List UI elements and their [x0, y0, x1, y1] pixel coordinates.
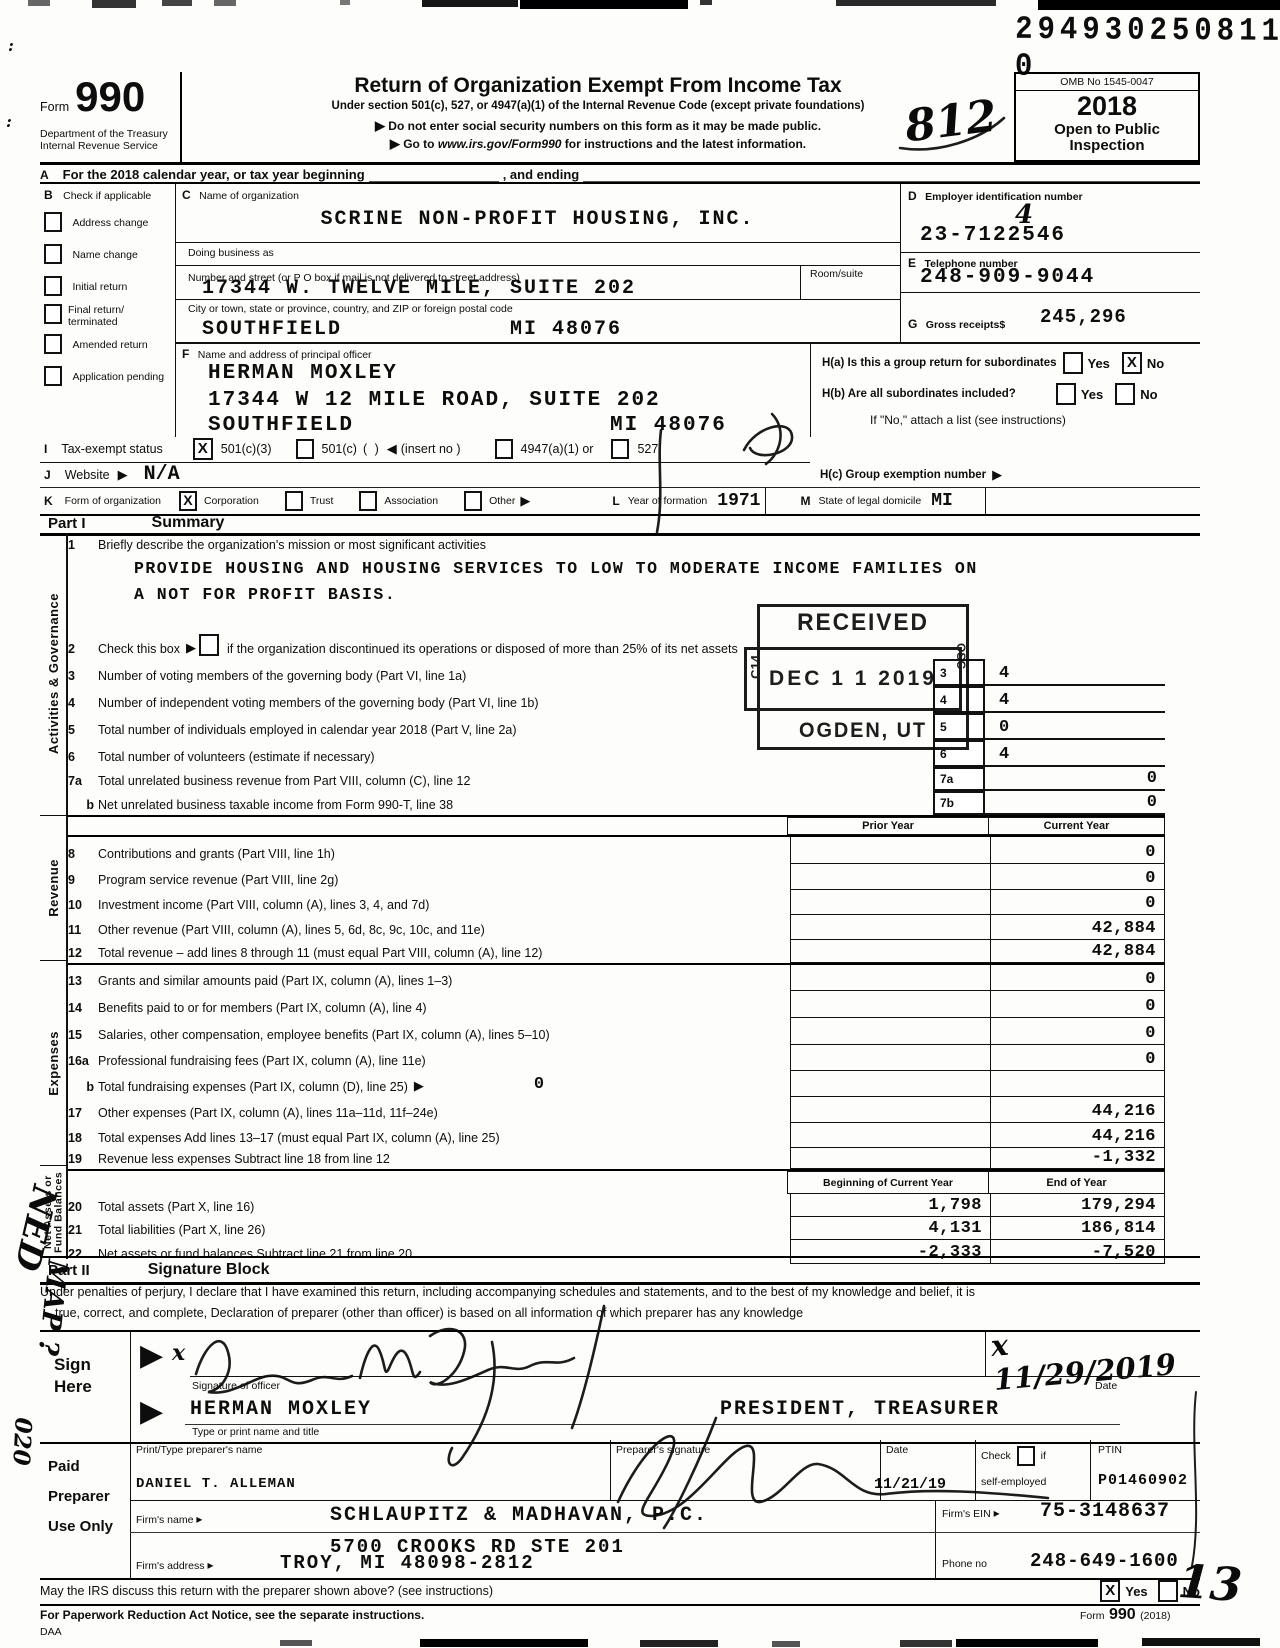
org-corporation-checkbox[interactable]: X	[179, 491, 197, 511]
hb-note: If "No," attach a list (see instructions…	[870, 413, 1200, 427]
checkbox-label: Application pending	[72, 371, 164, 383]
org-name-label: C Name of organization	[182, 186, 299, 204]
part1-sidebar: Activities & Governance Revenue Expenses…	[40, 533, 68, 1256]
current-year-header: Current Year	[988, 817, 1165, 835]
line-2-label-a: Check this box	[98, 642, 180, 656]
line-a-text: For the 2018 calendar year, or tax year …	[63, 167, 365, 182]
status-501c3-label: 501(c)(3)	[221, 442, 272, 456]
irs-discuss-row: May the IRS discuss this return with the…	[40, 1578, 1200, 1606]
line-7a-box: 7a	[933, 767, 985, 791]
line-2-label-b: if the organization discontinued its ope…	[227, 642, 738, 656]
irs-url: www.irs.gov/Form990	[438, 137, 562, 151]
line-8-number: 8	[68, 847, 98, 861]
paid-preparer-label: PaidPreparerUse Only	[48, 1452, 113, 1542]
line-11-label: Other revenue (Part VIII, column (A), li…	[98, 923, 485, 937]
m-letter: M	[800, 494, 810, 508]
b-letter: B	[44, 188, 53, 202]
discontinued-checkbox[interactable]	[199, 634, 219, 656]
firm-phone-value: 248-649-1600	[1030, 1550, 1179, 1572]
line-9-label: Program service revenue (Part VIII, line…	[98, 873, 338, 887]
stamp-c14: C14	[748, 655, 763, 679]
part1-summary: 1 Briefly describe the organization's mi…	[68, 533, 1165, 1264]
line-5-value: 0	[985, 718, 1165, 740]
line-7a-number: 7a	[68, 774, 98, 788]
arrow-right-icon: ▶	[140, 1338, 163, 1373]
checkbox-label: Final return/ terminated	[68, 304, 154, 328]
handwritten-sign-date: x 11/29/2019	[989, 1311, 1202, 1397]
org-corporation-label: Corporation	[204, 495, 259, 507]
status-501c-checkbox[interactable]	[296, 439, 314, 459]
sidebar-activities-governance: Activities & Governance	[47, 593, 60, 754]
status-527-checkbox[interactable]	[611, 439, 629, 459]
omb-block: OMB No 1545-0047 2018 Open to PublicInsp…	[1014, 72, 1200, 162]
checkbox-label: Amended return	[72, 339, 147, 351]
website-value: N/A	[144, 463, 180, 486]
hb-yes-checkbox[interactable]	[1056, 383, 1076, 405]
address-change-checkbox[interactable]	[44, 212, 62, 232]
officer-name: HERMAN MOXLEY	[208, 362, 398, 385]
line-19-number: 19	[68, 1152, 98, 1166]
org-other-checkbox[interactable]	[464, 491, 482, 511]
line-18-number: 18	[68, 1131, 98, 1145]
arrow-right-icon: ▶	[375, 118, 385, 133]
ein-label: D Employer identification number	[908, 187, 1083, 205]
line-7b-number: b	[68, 798, 98, 812]
checkbox-label: Initial return	[72, 281, 127, 293]
preparer-date-label: Date	[886, 1444, 908, 1456]
domicile-label: State of legal domicile	[818, 495, 921, 507]
discuss-yes-checkbox[interactable]: X	[1100, 1580, 1120, 1602]
line-16b-inline-value: 0	[534, 1075, 545, 1094]
arrow-right-icon: ▶	[186, 640, 196, 656]
line-21-label: Total liabilities (Part X, line 26)	[98, 1223, 265, 1237]
line-13-label: Grants and similar amounts paid (Part IX…	[98, 974, 452, 988]
firm-name-label: Firm's name ▸	[136, 1512, 202, 1526]
org-trust-checkbox[interactable]	[285, 491, 303, 511]
arrow-left-icon: ◀	[387, 441, 397, 457]
tax-year: 2018	[1016, 91, 1198, 122]
line-6-value: 4	[985, 745, 1165, 767]
org-other-label: Other	[489, 495, 515, 507]
amended-return-checkbox[interactable]	[44, 334, 62, 354]
line-6-number: 6	[68, 750, 98, 764]
line-12-number: 12	[68, 946, 98, 960]
checkbox-final-return[interactable]: Final return/ terminated	[44, 304, 172, 328]
form-subtitle: Under section 501(c), 527, or 4947(a)(1)…	[188, 100, 1008, 112]
insert-no-label: (insert no )	[401, 442, 461, 456]
initial-return-checkbox[interactable]	[44, 276, 62, 296]
end-year-header: End of Year	[988, 1171, 1165, 1194]
line-13-number: 13	[68, 974, 98, 988]
scan-mark: :	[6, 112, 12, 131]
sidebar-expenses: Expenses	[47, 1031, 60, 1096]
line-18-label: Total expenses Add lines 13–17 (must equ…	[98, 1131, 500, 1145]
final-return-checkbox[interactable]	[44, 304, 62, 324]
identification-block: B Check if applicable Address change Nam…	[40, 182, 1200, 437]
form-990-scanned-page: 2949302508112 0 : : Form 990 Department …	[0, 0, 1280, 1648]
line-14-label: Benefits paid to or for members (Part IX…	[98, 1001, 427, 1015]
beginning-year-header: Beginning of Current Year	[787, 1171, 988, 1194]
checkif-label: Check if applicable	[63, 190, 151, 202]
line-9-number: 9	[68, 873, 98, 887]
checkbox-initial-return[interactable]: Initial return	[44, 276, 172, 296]
phone-value: 248-909-9044	[920, 266, 1095, 289]
k-letter: K	[44, 494, 53, 508]
line-12-label: Total revenue – add lines 8 through 11 (…	[98, 946, 542, 960]
line-2-number: 2	[68, 642, 98, 656]
officer-typed-title: PRESIDENT, TREASURER	[720, 1398, 1000, 1421]
line-11-current: 42,884	[1092, 919, 1156, 938]
firm-ein-value: 75-3148637	[1040, 1500, 1170, 1523]
officer-label: F Name and address of principal officer	[182, 345, 372, 363]
line-6-label: Total number of volunteers (estimate if …	[98, 750, 375, 764]
arrow-right-icon: ▶	[992, 467, 1002, 483]
line-10-label: Investment income (Part VIII, column (A)…	[98, 898, 429, 912]
website-row: J Website ▶ N/A	[40, 462, 810, 488]
firm-address-line2: TROY, MI 48098-2812	[280, 1552, 535, 1574]
part1-heading: Summary	[152, 514, 225, 532]
type-print-label: Type or print name and title	[192, 1426, 319, 1438]
line-3-number: 3	[68, 669, 98, 683]
line-4-label: Number of independent voting members of …	[98, 696, 539, 710]
ptin-label: PTIN	[1098, 1444, 1122, 1456]
signature-of-officer-label: Signature of officer	[192, 1380, 280, 1392]
line-1-label: Briefly describe the organization's miss…	[98, 538, 486, 552]
line-14-current: 0	[1145, 997, 1156, 1016]
scan-mark: :	[8, 36, 14, 55]
line-3-value: 4	[985, 664, 1165, 686]
check-if-label: Check if	[981, 1446, 1046, 1466]
arrow-right-icon: ▶	[520, 493, 530, 509]
line-8-current: 0	[1145, 843, 1156, 862]
stamp-date: DEC 1 1 2019	[769, 667, 937, 691]
status-4947-checkbox[interactable]	[495, 439, 513, 459]
discuss-no-checkbox[interactable]	[1158, 1580, 1178, 1602]
name-change-checkbox[interactable]	[44, 244, 62, 264]
form-org-label: Form of organization	[65, 495, 161, 507]
dept-line-2: Internal Revenue Service	[40, 140, 180, 152]
form-title: Return of Organization Exempt From Incom…	[188, 74, 1008, 98]
officer-signature-field[interactable]	[190, 1332, 980, 1376]
line-16b-label: Total fundraising expenses (Part IX, col…	[98, 1080, 408, 1094]
line-20-label: Total assets (Part X, line 16)	[98, 1200, 254, 1214]
form-of-organization-row: K Form of organization X Corporation Tru…	[40, 487, 1200, 516]
line-16a-number: 16a	[68, 1054, 98, 1068]
line-16a-current: 0	[1145, 1050, 1156, 1069]
officer-typed-name: HERMAN MOXLEY	[190, 1398, 372, 1421]
line-21-begin: 4,131	[928, 1219, 982, 1238]
checkbox-address-change[interactable]: Address change	[44, 212, 172, 232]
checkbox-label: Address change	[72, 217, 148, 229]
status-501c-paren: ( )	[363, 442, 381, 456]
ein-value: 23-7122546	[920, 224, 1066, 247]
group-exemption-row: H(c) Group exemption number ▶	[820, 462, 1200, 487]
l-letter: L	[612, 494, 619, 508]
form-label: Form	[40, 100, 69, 114]
phone-no-label: Phone no	[942, 1558, 987, 1570]
self-employed-label: self-employed	[981, 1476, 1046, 1488]
hb-yes-label: Yes	[1081, 387, 1103, 402]
paperwork-notice: For Paperwork Reduction Act Notice, see …	[40, 1608, 424, 1622]
line-20-number: 20	[68, 1200, 98, 1214]
line-4-number: 4	[68, 696, 98, 710]
arrow-right-icon: ▶	[414, 1078, 424, 1094]
perjury-line-1: Under penalties of perjury, I declare th…	[40, 1285, 1200, 1299]
stamp-osc: OSC	[954, 643, 968, 669]
domicile-value: MI	[931, 491, 953, 511]
stamp-city: OGDEN, UT	[765, 719, 961, 743]
firm-address-label: Firm's address ▸	[136, 1558, 213, 1572]
line-5-label: Total number of individuals employed in …	[98, 723, 517, 737]
line-16b-number: b	[68, 1080, 98, 1094]
form-header: Form 990 Department of the Treasury Inte…	[40, 72, 1200, 165]
discuss-yes-label: Yes	[1125, 1584, 1147, 1599]
ptin-value: P01460902	[1098, 1472, 1188, 1489]
h-block: H(a) Is this a group return for subordin…	[822, 352, 1200, 427]
hb-label: H(b) Are all subordinates included?	[822, 388, 1016, 400]
line-15-current: 0	[1145, 1024, 1156, 1043]
city-value: SOUTHFIELD	[202, 318, 342, 341]
org-association-label: Association	[384, 495, 438, 507]
irs-received-stamp: RECEIVED DEC 1 1 2019 C14 OSC OGDEN, UT	[757, 604, 969, 750]
prior-year-header: Prior Year	[787, 817, 988, 835]
line-11-number: 11	[68, 923, 98, 937]
line-15-number: 15	[68, 1028, 98, 1042]
tax-exempt-status-row: I Tax-exempt status X 501(c)(3) 501(c) (…	[40, 435, 810, 463]
hb-no-checkbox[interactable]	[1115, 383, 1135, 405]
ha-no-label: No	[1147, 356, 1164, 371]
line-10-number: 10	[68, 898, 98, 912]
website-label: Website	[65, 468, 110, 482]
tax-exempt-label: Tax-exempt status	[61, 442, 162, 456]
preparer-name-label: Print/Type preparer's name	[136, 1444, 262, 1456]
firm-name-value: SCHLAUPITZ & MADHAVAN, P.C.	[330, 1504, 708, 1527]
line-12-current: 42,884	[1092, 942, 1156, 961]
gross-receipts-value: 245,296	[1040, 306, 1127, 328]
stamp-received-text: RECEIVED	[765, 609, 961, 637]
sidebar-revenue: Revenue	[47, 859, 60, 917]
year-formation-value: 1971	[717, 491, 760, 511]
open-to-public: Open to PublicInspection	[1016, 122, 1198, 154]
privacy-bullet: ▶ Do not enter social security numbers o…	[188, 118, 1008, 134]
hc-label: H(c) Group exemption number	[820, 469, 986, 481]
ha-label: H(a) Is this a group return for subordin…	[822, 357, 1057, 369]
part2-header-bar: Part II Signature Block	[40, 1256, 1200, 1285]
arrow-right-icon: ▶	[140, 1394, 163, 1429]
line-10-current: 0	[1145, 894, 1156, 913]
line-19-label: Revenue less expenses Subtract line 18 f…	[98, 1152, 390, 1166]
sign-here-label: SignHere	[54, 1354, 92, 1398]
line-21-number: 21	[68, 1223, 98, 1237]
year-formation-label: Year of formation	[628, 495, 708, 507]
goto-bullet: ▶ Go to www.irs.gov/Form990 for instruct…	[188, 136, 1008, 152]
j-letter: J	[44, 468, 51, 482]
preparer-signature-field[interactable]	[610, 1452, 880, 1500]
line-7b-box: 7b	[933, 791, 985, 815]
org-trust-label: Trust	[310, 495, 334, 507]
i-letter: I	[44, 442, 47, 456]
title-block: Return of Organization Exempt From Incom…	[180, 72, 1014, 162]
discuss-text: May the IRS discuss this return with the…	[40, 1584, 493, 1598]
mission-line-1: PROVIDE HOUSING AND HOUSING SERVICES TO …	[134, 559, 978, 578]
hb-no-label: No	[1140, 387, 1157, 402]
line-9-current: 0	[1145, 869, 1156, 888]
preparer-name-value: DANIEL T. ALLEMAN	[136, 1476, 296, 1492]
line-17-label: Other expenses (Part IX, column (A), lin…	[98, 1106, 438, 1120]
line-17-number: 17	[68, 1106, 98, 1120]
ha-yes-checkbox[interactable]	[1063, 352, 1083, 374]
omb-number: OMB No 1545-0047	[1016, 74, 1198, 91]
room-suite-label: Room/suite	[810, 268, 863, 280]
arrow-right-icon: ▶	[390, 136, 400, 151]
line-14-number: 14	[68, 1001, 98, 1015]
form-footer-id: Form 990 (2018)	[1080, 1606, 1170, 1624]
part2-heading: Signature Block	[148, 1261, 270, 1279]
margin-handwriting: 020	[7, 1417, 36, 1466]
checkbox-amended-return[interactable]: Amended return	[44, 334, 172, 354]
officer-state-zip: MI 48076	[610, 414, 727, 437]
handwritten-page-number: 13	[1176, 1554, 1244, 1612]
line-a-letter: A	[40, 168, 49, 182]
perjury-line-2: true, correct, and complete, Declaration…	[55, 1306, 1155, 1320]
city-label: City or town, state or province, country…	[188, 303, 513, 315]
org-association-checkbox[interactable]	[359, 491, 377, 511]
handwritten-x: x	[172, 1340, 185, 1366]
status-501c3-checkbox[interactable]: X	[193, 438, 213, 460]
officer-street: 17344 W 12 MILE ROAD, SUITE 202	[208, 389, 661, 412]
status-501c-label: 501(c)	[322, 442, 357, 456]
daa-code: DAA	[40, 1626, 62, 1638]
status-4947-label: 4947(a)(1) or	[521, 442, 594, 456]
dept-line-1: Department of the Treasury	[40, 128, 180, 140]
line-20-begin: 1,798	[928, 1196, 982, 1215]
checkbox-label: Name change	[72, 249, 137, 261]
line-7b-label: Net unrelated business taxable income fr…	[98, 798, 453, 812]
street-value: 17344 W. TWELVE MILE, SUITE 202	[202, 277, 636, 300]
line-21-end: 186,814	[1081, 1219, 1156, 1238]
paid-preparer-block: PaidPreparerUse Only Print/Type preparer…	[40, 1440, 1200, 1580]
form-number: 990	[75, 80, 145, 114]
firm-ein-label: Firm's EIN ▸	[942, 1506, 1000, 1520]
line-18-current: 44,216	[1092, 1127, 1156, 1146]
line-4-value: 4	[985, 691, 1165, 713]
line-15-label: Salaries, other compensation, employee b…	[98, 1028, 550, 1042]
ha-yes-label: Yes	[1088, 356, 1110, 371]
sign-here-block: SignHere ▶ Signature of officer Date x 1…	[40, 1330, 1200, 1444]
checkbox-name-change[interactable]: Name change	[44, 244, 172, 264]
line-1-number: 1	[68, 538, 98, 552]
preparer-date-value: 11/21/19	[874, 1476, 946, 1493]
mission-line-2: A NOT FOR PROFIT BASIS.	[134, 585, 396, 604]
state-zip-value: MI 48076	[510, 318, 622, 341]
line-16a-label: Professional fundraising fees (Part IX, …	[98, 1054, 426, 1068]
form-number-block: Form 990 Department of the Treasury Inte…	[40, 72, 180, 162]
dba-label: Doing business as	[188, 247, 274, 259]
line-20-end: 179,294	[1081, 1196, 1156, 1215]
line-8-label: Contributions and grants (Part VIII, lin…	[98, 847, 335, 861]
line-3-label: Number of voting members of the governin…	[98, 669, 466, 683]
line-a-tax-year: A For the 2018 calendar year, or tax yea…	[40, 163, 1200, 182]
org-name-value: SCRINE NON-PROFIT HOUSING, INC.	[175, 208, 900, 231]
part1-title: Part I	[48, 515, 86, 532]
line-7a-value: 0	[985, 769, 1165, 791]
line-13-current: 0	[1145, 970, 1156, 989]
line-17-current: 44,216	[1092, 1102, 1156, 1121]
line-7a-label: Total unrelated business revenue from Pa…	[98, 774, 470, 788]
application-pending-checkbox[interactable]	[44, 366, 62, 386]
gross-receipts-label: G Gross receipts$	[908, 315, 1005, 333]
officer-city: SOUTHFIELD	[208, 414, 354, 437]
arrow-right-icon: ▶	[118, 467, 128, 483]
line-7b-value: 0	[985, 793, 1165, 815]
checkbox-application-pending[interactable]: Application pending	[44, 366, 172, 386]
line-a-ending-text: , and ending	[503, 167, 580, 182]
line-5-number: 5	[68, 723, 98, 737]
ha-no-checkbox[interactable]: X	[1122, 352, 1142, 374]
line-19-current: -1,332	[1092, 1148, 1156, 1167]
self-employed-checkbox[interactable]	[1017, 1446, 1035, 1466]
checkif-column: B Check if applicable Address change Nam…	[44, 186, 172, 386]
status-527-label: 527	[637, 442, 658, 456]
